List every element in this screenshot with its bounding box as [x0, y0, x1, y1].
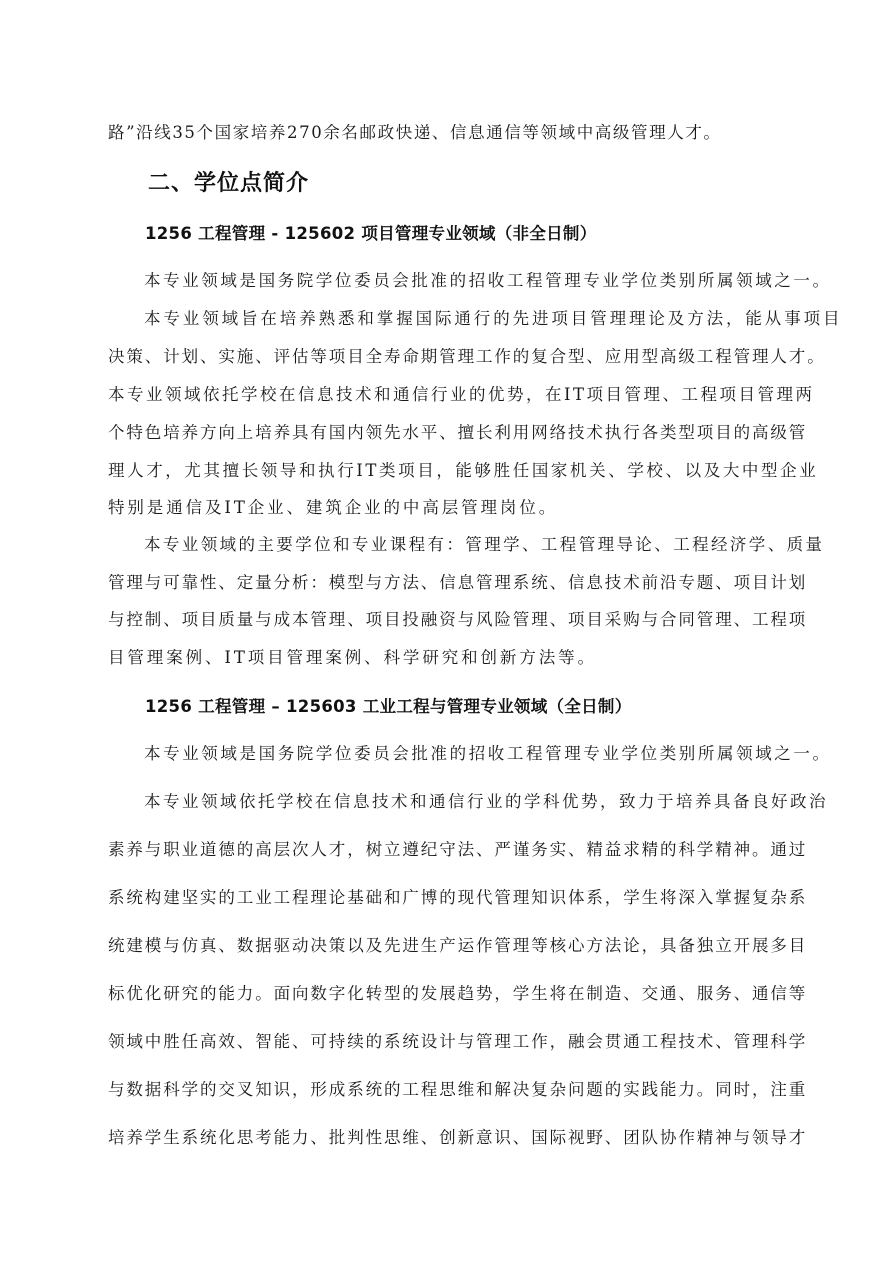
program-title-industrial-engineering: 1256 工程管理 – 125603 工业工程与管理专业领域（全日制） [145, 693, 632, 717]
paragraph-line: 与数据科学的交叉知识，形成系统的工程思维和解决复杂问题的实践能力。同时，注重 [108, 1076, 807, 1100]
program-title-project-management: 1256 工程管理 - 125602 项目管理专业领域（非全日制） [145, 220, 597, 244]
paragraph-line: 决策、计划、实施、评估等项目全寿命期管理工作的复合型、应用型高级工程管理人才。 [108, 343, 826, 367]
paragraph-line: 个特色培养方向上培养具有国内领先水平、擅长利用网络技术执行各类型项目的高级管 [108, 419, 807, 443]
document-page: 路”沿线35个国家培养270余名邮政快递、信息通信等领域中高级管理人才。 二、学… [0, 0, 892, 1262]
paragraph-line: 理人才，尤其擅长领导和执行IT类项目，能够胜任国家机关、学校、以及大中型企业 [108, 457, 818, 481]
paragraph-line: 素养与职业道德的高层次人才，树立遵纪守法、严谨务实、精益求精的科学精神。通过 [108, 836, 807, 860]
paragraph-line: 本专业领域依托学校在信息技术和通信行业的学科优势，致力于培养具备良好政治 [144, 788, 828, 812]
paragraph-line: 领域中胜任高效、智能、可持续的系统设计与管理工作，融会贯通工程技术、管理科学 [108, 1028, 807, 1052]
paragraph-line: 培养学生系统化思考能力、批判性思维、创新意识、国际视野、团队协作精神与领导才 [108, 1124, 807, 1148]
paragraph-line: 系统构建坚实的工业工程理论基础和广博的现代管理知识体系，学生将深入掌握复杂系 [108, 884, 807, 908]
paragraph-line: 本专业领域是国务院学位委员会批准的招收工程管理专业学位类别所属领域之一。 [144, 267, 832, 291]
section-heading: 二、学位点简介 [148, 166, 309, 197]
intro-tail-text: 路”沿线35个国家培养270余名邮政快递、信息通信等领域中高级管理人才。 [108, 119, 722, 143]
paragraph-line: 管理与可靠性、定量分析：模型与方法、信息管理系统、信息技术前沿专题、项目计划 [108, 569, 807, 593]
paragraph-line: 特别是通信及IT企业、建筑企业的中高层管理岗位。 [108, 494, 558, 518]
paragraph-line: 本专业领域依托学校在信息技术和通信行业的优势，在IT项目管理、工程项目管理两 [108, 381, 815, 405]
paragraph-line: 与控制、项目质量与成本管理、项目投融资与风险管理、项目采购与合同管理、工程项 [108, 606, 807, 630]
paragraph-line: 本专业领域旨在培养熟悉和掌握国际通行的先进项目管理理论及方法，能从事项目 [144, 305, 842, 329]
paragraph-line: 目管理案例、IT项目管理案例、科学研究和创新方法等。 [108, 644, 597, 668]
paragraph-line: 本专业领域的主要学位和专业课程有：管理学、工程管理导论、工程经济学、质量 [144, 531, 824, 555]
paragraph-line: 统建模与仿真、数据驱动决策以及先进生产运作管理等核心方法论，具备独立开展多目 [108, 932, 807, 956]
paragraph-line: 标优化研究的能力。面向数字化转型的发展趋势，学生将在制造、交通、服务、通信等 [108, 980, 807, 1004]
paragraph-line: 本专业领域是国务院学位委员会批准的招收工程管理专业学位类别所属领域之一。 [144, 740, 832, 764]
